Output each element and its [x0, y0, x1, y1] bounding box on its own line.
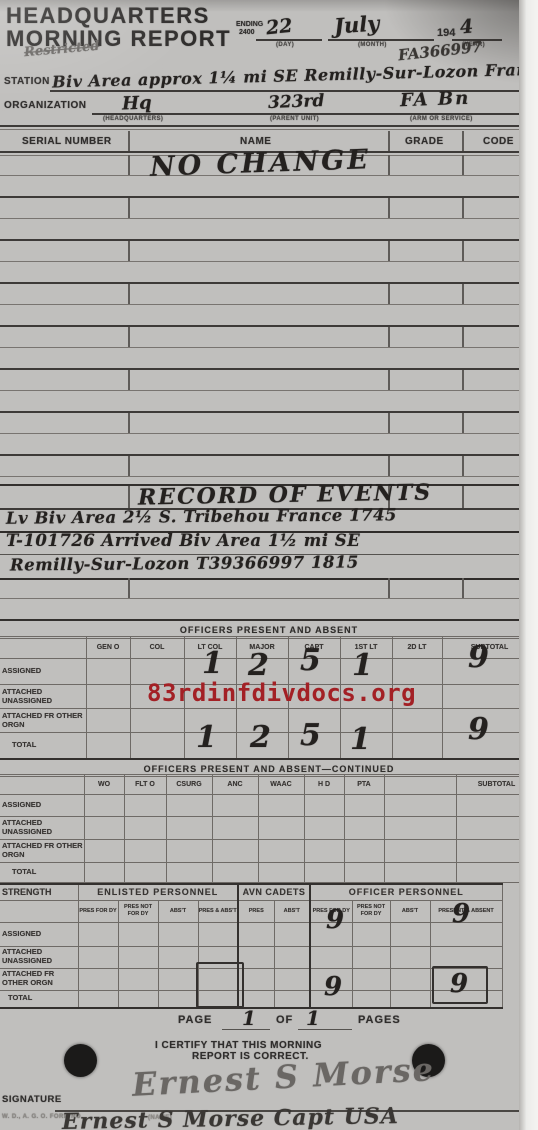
- col-hd: H D: [304, 775, 344, 795]
- organization-label: ORGANIZATION: [4, 100, 86, 111]
- group-officer-personnel: OFFICER PERSONNEL: [310, 884, 502, 900]
- pages-blank-line: [298, 1029, 352, 1030]
- officers-assigned-capt-value: 5: [300, 643, 321, 678]
- officers-assigned-major-value: 2: [248, 648, 269, 683]
- column-divider: [128, 486, 130, 508]
- year-printed-prefix: 194: [437, 27, 455, 39]
- continued-attached-fr-row: ATTACHED FR OTHER ORGN: [0, 840, 537, 863]
- strength-attached-unassigned-row: ATTACHED UNASSIGNED: [0, 946, 502, 968]
- continued-attached-unassigned-row: ATTACHED UNASSIGNED: [0, 817, 537, 840]
- signature-handwriting: Ernest S Morse: [131, 1050, 436, 1104]
- row-label-assigned: ASSIGNED: [0, 659, 86, 685]
- ruled-row: [0, 239, 538, 282]
- punch-hole-left: [64, 1044, 97, 1077]
- avn-pres: PRES: [238, 900, 274, 922]
- signature-label: SIGNATURE: [2, 1094, 62, 1105]
- record-event-line-3: Remilly-Sur-Lozon T39366997 1815: [10, 552, 359, 574]
- col-pta: PTA: [344, 775, 384, 795]
- strength-total-officer-pres-value: 9: [324, 972, 342, 1002]
- officers-col-2d-lt: 2D LT: [392, 637, 442, 659]
- roster-blank-rows: [0, 155, 538, 497]
- map-coordinate-handwriting: FA366997: [397, 38, 482, 65]
- strength-assigned-row: ASSIGNED: [0, 922, 502, 946]
- hand-drawn-box: [432, 966, 488, 1004]
- row-label-attached-unassigned: ATTACHED UNASSIGNED: [0, 817, 84, 840]
- parent-unit-sublabel: (PARENT UNIT): [270, 116, 319, 122]
- ruled-row: [0, 411, 538, 454]
- col-subtotal: SUBTOTAL: [456, 775, 537, 795]
- row-label-assigned: ASSIGNED: [0, 795, 84, 817]
- col-header-grade: GRADE: [405, 136, 444, 147]
- enl-abst: ABS'T: [158, 900, 198, 922]
- officers-total-lt-col-value: 1: [196, 720, 217, 755]
- station-label: STATION: [4, 76, 50, 87]
- col-header-code: CODE: [483, 136, 514, 147]
- row-label-total: TOTAL: [0, 990, 78, 1008]
- signature-printed-name: Ernest S Morse Capt USA: [62, 1103, 399, 1130]
- strength-attached-fr-row: ATTACHED FR OTHER ORGN: [0, 968, 502, 990]
- month-blank-line: [328, 39, 434, 41]
- row-label-attached-fr-other-orgn: ATTACHED FR OTHER ORGN: [0, 840, 84, 863]
- row-label-total: TOTAL: [0, 733, 86, 759]
- row-label-attached-unassigned: ATTACHED UNASSIGNED: [0, 946, 78, 968]
- officers-col-subtotal: SUBTOTAL: [442, 637, 537, 659]
- enl-pres-not-for-dy: PRES NOT FOR DY: [118, 900, 158, 922]
- off-abst: ABS'T: [390, 900, 430, 922]
- column-divider: [462, 131, 464, 151]
- row-label-attached-fr-other-orgn: ATTACHED FR OTHER ORGN: [0, 968, 78, 990]
- page-blank-line: [222, 1029, 270, 1030]
- of-label: OF: [276, 1014, 293, 1026]
- page-label: PAGE: [178, 1014, 212, 1026]
- row-label-assigned: ASSIGNED: [0, 922, 78, 946]
- ruled-row: [0, 282, 538, 325]
- rule: [0, 125, 538, 127]
- strength-table: STRENGTH ENLISTED PERSONNEL AVN CADETS O…: [0, 883, 503, 1009]
- row-label-attached-fr-other-orgn: ATTACHED FR OTHER ORGN: [0, 709, 86, 733]
- rule: [0, 129, 538, 130]
- record-event-line-2: T-101726 Arrived Biv Area 1½ mi SE: [6, 531, 360, 550]
- date-month-value: July: [333, 10, 380, 38]
- col-csurg: CSURG: [166, 775, 212, 795]
- row-label-total: TOTAL: [0, 863, 84, 883]
- officers-total-1st-lt-value: 1: [350, 722, 371, 757]
- officers-col-col: COL: [130, 637, 184, 659]
- continued-total-row: TOTAL: [0, 863, 537, 883]
- avn-abst: ABS'T: [274, 900, 310, 922]
- officers-continued-header-row: WO FLT O CSURG ANC WAAC H D PTA SUBTOTAL: [0, 775, 537, 795]
- column-divider: [388, 131, 390, 151]
- ending-label: ENDING: [236, 21, 263, 28]
- continued-assigned-row: ASSIGNED: [0, 795, 537, 817]
- ending-time-label: 2400: [239, 29, 255, 36]
- off-pres-not-for-dy: PRES NOT FOR DY: [352, 900, 390, 922]
- date-year-value: 4: [459, 15, 474, 38]
- strength-assigned-officer-total-value: 9: [452, 899, 470, 929]
- officers-total-major-value: 2: [250, 720, 271, 755]
- col-flt-o: FLT O: [124, 775, 166, 795]
- officers-total-capt-value: 5: [300, 718, 321, 753]
- pages-label: PAGES: [358, 1014, 401, 1026]
- ruled-row: [0, 368, 538, 411]
- officers-col-gen-o: GEN O: [86, 637, 130, 659]
- group-avn-cadets: AVN CADETS: [238, 884, 310, 900]
- officers-assigned-subtotal-value: 9: [468, 640, 489, 675]
- organization-blank-line: [92, 113, 534, 115]
- scanned-form: HEADQUARTERS MORNING REPORT Restricted E…: [0, 0, 538, 1130]
- enl-pres-abst: PRES & ABS'T: [198, 900, 238, 922]
- col-wo: WO: [84, 775, 124, 795]
- ruled-row: [0, 196, 538, 239]
- pages-total-value: 1: [306, 1006, 320, 1030]
- col-anc: ANC: [212, 775, 258, 795]
- hand-drawn-box: [196, 962, 244, 1008]
- col-header-name: NAME: [240, 136, 271, 147]
- organization-arm-value: FA Bn: [400, 88, 471, 111]
- ruled-row: [0, 578, 538, 619]
- col-waac: WAAC: [258, 775, 304, 795]
- officers-assigned-lt-col-value: 1: [202, 646, 223, 681]
- organization-hq-value: Hq: [122, 92, 152, 114]
- column-divider: [462, 486, 464, 508]
- watermark-text: 83rdinfdivdocs.org: [147, 679, 416, 707]
- hq-sublabel: (HEADQUARTERS): [103, 116, 163, 122]
- row-label-attached-unassigned: ATTACHED UNASSIGNED: [0, 685, 86, 709]
- officers-assigned-1st-lt-value: 1: [352, 648, 373, 683]
- column-divider: [128, 131, 130, 151]
- col-blank: [384, 775, 456, 795]
- ruled-row: [0, 325, 538, 368]
- arm-service-sublabel: (ARM OR SERVICE): [410, 116, 473, 122]
- strength-assigned-officer-pres-value: 9: [326, 905, 344, 935]
- day-blank-line: [256, 39, 322, 41]
- group-enlisted-personnel: ENLISTED PERSONNEL: [78, 884, 238, 900]
- strength-label: STRENGTH: [0, 884, 78, 900]
- organization-parent-value: 323rd: [268, 91, 325, 113]
- strength-group-header-row: STRENGTH ENLISTED PERSONNEL AVN CADETS O…: [0, 884, 502, 900]
- enl-pres-for-dy: PRES FOR DY: [78, 900, 118, 922]
- day-sublabel: (DAY): [276, 42, 294, 48]
- strength-subheader-row: PRES FOR DY PRES NOT FOR DY ABS'T PRES &…: [0, 900, 502, 922]
- record-event-line-1: Lv Biv Area 2½ S. Tribehou France 1745: [6, 505, 397, 527]
- page-number-value: 1: [242, 1006, 256, 1030]
- officers-total-subtotal-value: 9: [468, 712, 489, 747]
- officers-continued-table: WO FLT O CSURG ANC WAAC H D PTA SUBTOTAL…: [0, 774, 538, 883]
- date-day-value: 22: [265, 15, 294, 40]
- station-value-handwriting: Biv Area approx 1¼ mi SE Remilly-Sur-Loz…: [52, 59, 538, 91]
- morning-report-scan: HEADQUARTERS MORNING REPORT Restricted E…: [0, 0, 538, 1130]
- month-sublabel: (MONTH): [358, 42, 387, 48]
- col-header-serial-number: SERIAL NUMBER: [22, 136, 112, 147]
- certification-line-1: I CERTIFY THAT THIS MORNING: [155, 1040, 322, 1051]
